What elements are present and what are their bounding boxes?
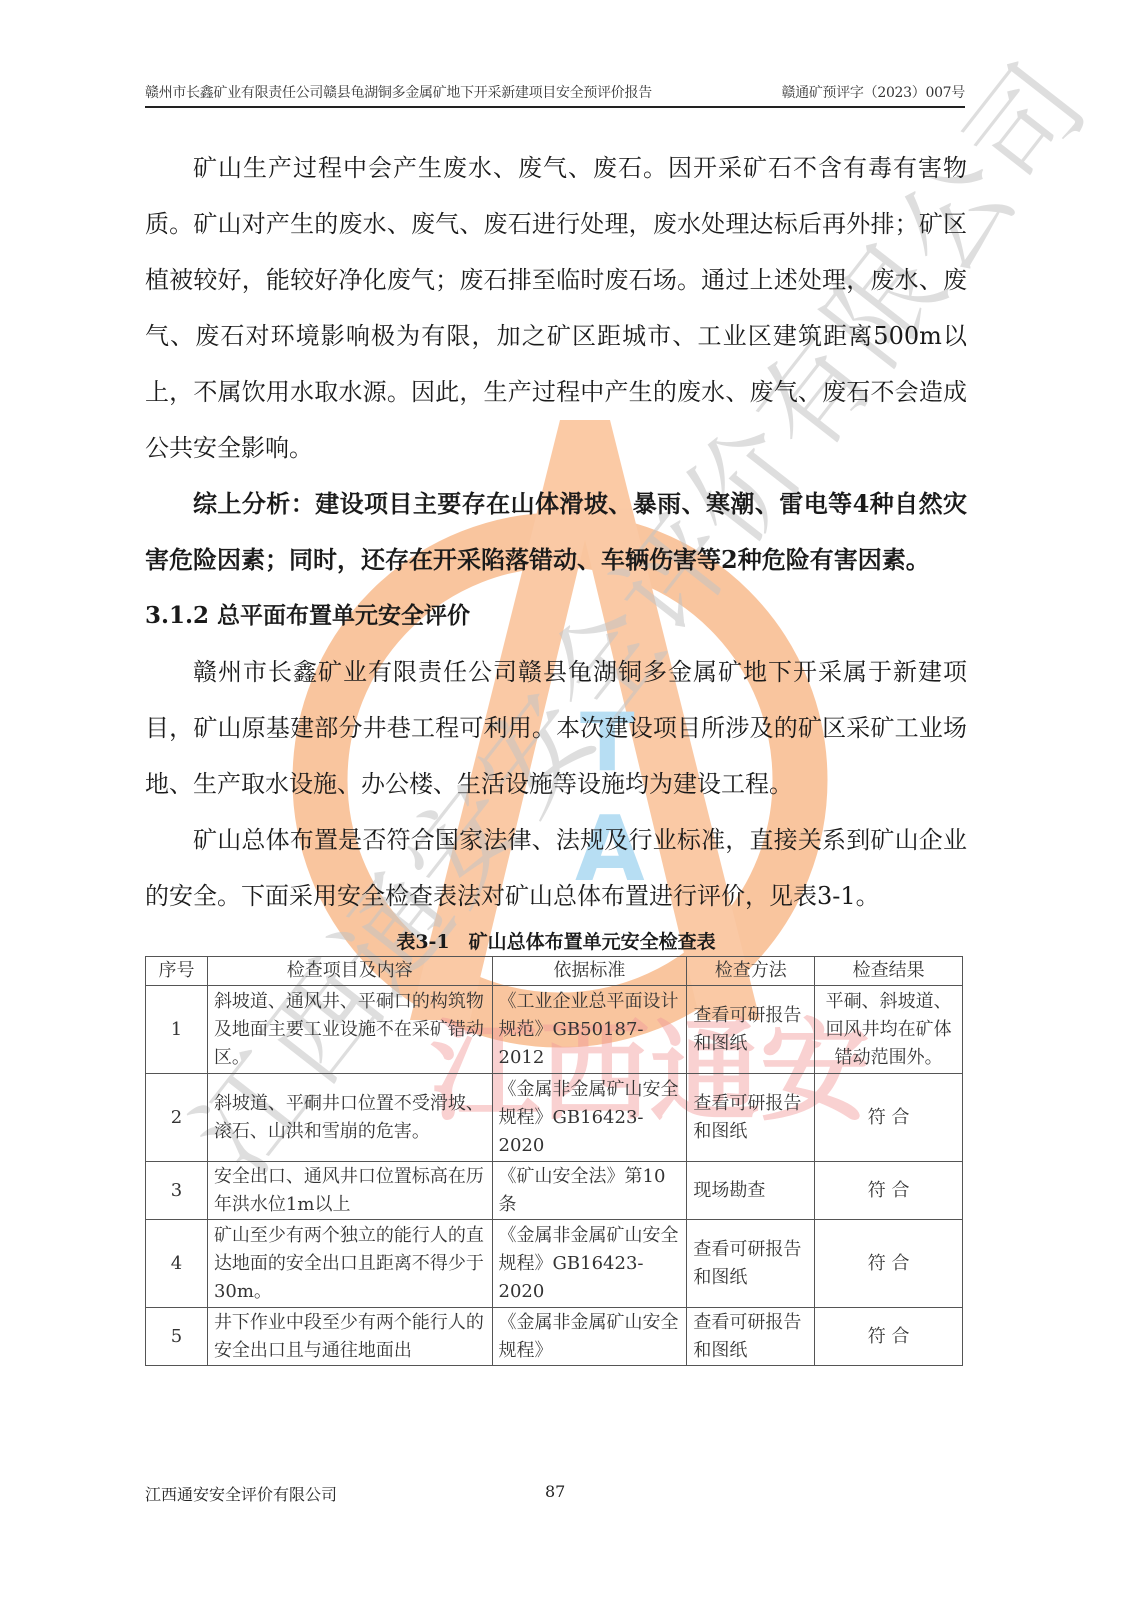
header-result: 检查结果: [815, 957, 963, 986]
header-standard: 依据标准: [492, 957, 687, 986]
cell-method: 现场勘查: [687, 1162, 815, 1220]
cell-result: 符 合: [815, 1308, 963, 1366]
table-row: 3 安全出口、通风井口位置标高在历年洪水位1m以上 《矿山安全法》第10条 现场…: [146, 1162, 963, 1220]
cell-method: 查看可研报告和图纸: [687, 1220, 815, 1308]
header-doc-number: 赣通矿预评字（2023）007号: [781, 82, 965, 102]
cell-item: 井下作业中段至少有两个能行人的安全出口且与通往地面出: [207, 1308, 492, 1366]
page-header: 赣州市长鑫矿业有限责任公司赣县龟湖铜多金属矿地下开采新建项目安全预评价报告 赣通…: [145, 78, 965, 108]
cell-standard: 《金属非金属矿山安全规程》GB16423-2020: [492, 1074, 687, 1162]
paragraph-project: 赣州市长鑫矿业有限责任公司赣县龟湖铜多金属矿地下开采属于新建项目，矿山原基建部分…: [145, 644, 967, 812]
cell-no: 1: [146, 986, 208, 1074]
cell-result: 符 合: [815, 1074, 963, 1162]
cell-method: 查看可研报告和图纸: [687, 1074, 815, 1162]
page-number: 87: [545, 1482, 565, 1501]
table-header-row: 序号 检查项目及内容 依据标准 检查方法 检查结果: [146, 957, 963, 986]
cell-no: 4: [146, 1220, 208, 1308]
table-row: 2 斜坡道、平硐井口位置不受滑坡、滚石、山洪和雪崩的危害。 《金属非金属矿山安全…: [146, 1074, 963, 1162]
cell-method: 查看可研报告和图纸: [687, 986, 815, 1074]
cell-result: 平硐、斜坡道、回风井均在矿体错动范围外。: [815, 986, 963, 1074]
cell-standard: 《金属非金属矿山安全规程》GB16423-2020: [492, 1220, 687, 1308]
header-no: 序号: [146, 957, 208, 986]
paragraph-summary: 综上分析：建设项目主要存在山体滑坡、暴雨、寒潮、雷电等4种自然灾害危险因素；同时…: [145, 476, 967, 588]
cell-no: 2: [146, 1074, 208, 1162]
cell-no: 3: [146, 1162, 208, 1220]
paragraph-layout: 矿山总体布置是否符合国家法律、法规及行业标准，直接关系到矿山企业的安全。下面采用…: [145, 812, 967, 924]
section-title: 3.1.2 总平面布置单元安全评价: [145, 588, 967, 644]
footer-company: 江西通安安全评价有限公司: [145, 1482, 337, 1505]
page-content: 矿山生产过程中会产生废水、废气、废石。因开采矿石不含有毒有害物质。矿山对产生的废…: [145, 140, 967, 1366]
cell-standard: 《矿山安全法》第10条: [492, 1162, 687, 1220]
header-method: 检查方法: [687, 957, 815, 986]
cell-item: 斜坡道、通风井、平硐口的构筑物及地面主要工业设施不在采矿错动区。: [207, 986, 492, 1074]
cell-result: 符 合: [815, 1220, 963, 1308]
header-title: 赣州市长鑫矿业有限责任公司赣县龟湖铜多金属矿地下开采新建项目安全预评价报告: [145, 82, 652, 102]
cell-result: 符 合: [815, 1162, 963, 1220]
cell-standard: 《金属非金属矿山安全规程》: [492, 1308, 687, 1366]
table-row: 1 斜坡道、通风井、平硐口的构筑物及地面主要工业设施不在采矿错动区。 《工业企业…: [146, 986, 963, 1074]
cell-no: 5: [146, 1308, 208, 1366]
cell-method: 查看可研报告和图纸: [687, 1308, 815, 1366]
cell-standard: 《工业企业总平面设计规范》GB50187-2012: [492, 986, 687, 1074]
header-item: 检查项目及内容: [207, 957, 492, 986]
table-row: 4 矿山至少有两个独立的能行人的直达地面的安全出口且距离不得少于30m。 《金属…: [146, 1220, 963, 1308]
table-caption: 表3-1 矿山总体布置单元安全检查表: [145, 930, 967, 954]
paragraph-waste: 矿山生产过程中会产生废水、废气、废石。因开采矿石不含有毒有害物质。矿山对产生的废…: [145, 140, 967, 476]
safety-checklist-table: 序号 检查项目及内容 依据标准 检查方法 检查结果 1 斜坡道、通风井、平硐口的…: [145, 956, 963, 1366]
table-row: 5 井下作业中段至少有两个能行人的安全出口且与通往地面出 《金属非金属矿山安全规…: [146, 1308, 963, 1366]
cell-item: 斜坡道、平硐井口位置不受滑坡、滚石、山洪和雪崩的危害。: [207, 1074, 492, 1162]
cell-item: 安全出口、通风井口位置标高在历年洪水位1m以上: [207, 1162, 492, 1220]
cell-item: 矿山至少有两个独立的能行人的直达地面的安全出口且距离不得少于30m。: [207, 1220, 492, 1308]
